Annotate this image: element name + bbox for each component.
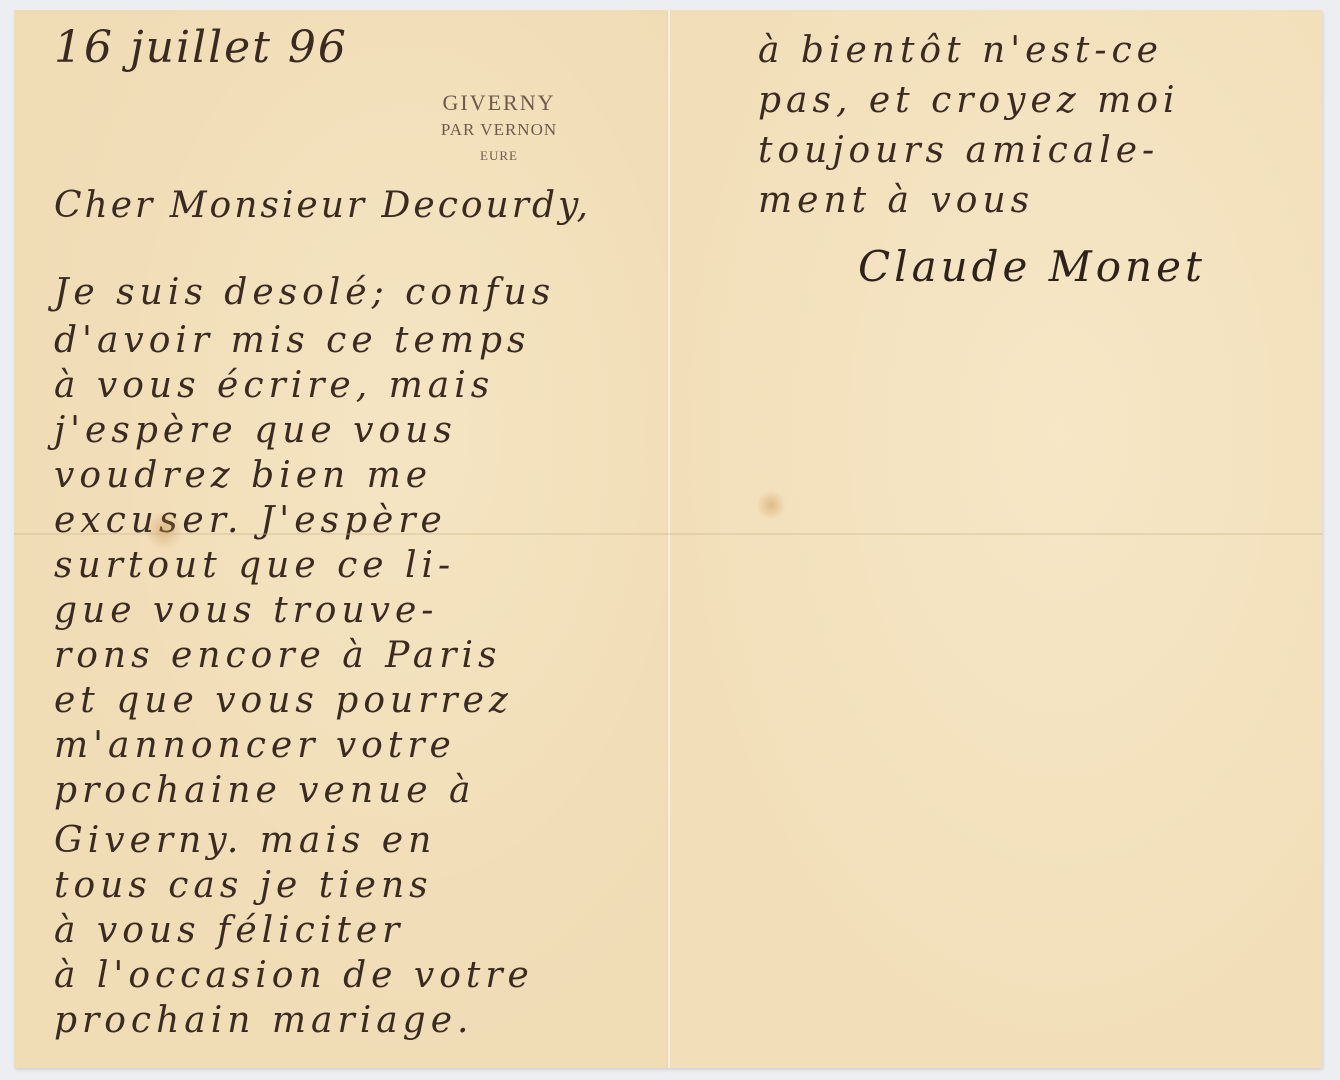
letter-line: pas, et croyez moi <box>758 80 1180 121</box>
letter-line: à vous écrire, mais <box>54 365 494 406</box>
letter-line: d'avoir mis ce temps <box>54 320 531 361</box>
letterhead-department: EURE <box>409 148 589 164</box>
letter-line: voudrez bien me <box>54 455 432 496</box>
letter-right-page: à bientôt n'est-ce pas, et croyez moi to… <box>668 10 1322 1068</box>
letter-line: et que vous pourrez <box>54 680 513 721</box>
letter-line: à vous féliciter <box>54 910 404 951</box>
letter-line: à l'occasion de votre <box>54 955 534 996</box>
letterhead: GIVERNY PAR VERNON EURE <box>409 90 589 164</box>
letter-line: Giverny. mais en <box>54 820 436 861</box>
letter-line: à bientôt n'est-ce <box>758 30 1163 71</box>
letterhead-via: PAR VERNON <box>409 120 589 140</box>
signature: Claude Monet <box>858 242 1206 291</box>
salutation: Cher Monsieur Decourdy, <box>54 185 591 226</box>
letter-line: tous cas je tiens <box>54 865 433 906</box>
letter-line: toujours amicale- <box>758 130 1159 171</box>
letter-line: m'annoncer votre <box>54 725 456 766</box>
letter-line: gue vous trouve- <box>54 590 438 631</box>
letter-line: j'espère que vous <box>54 410 457 451</box>
letter-line: Je suis desolé; confus <box>54 272 555 313</box>
horizontal-fold <box>668 533 1322 535</box>
letter-line: rons encore à Paris <box>54 635 501 676</box>
letter-left-page: 16 juillet 96 GIVERNY PAR VERNON EURE Ch… <box>14 10 668 1068</box>
letterhead-town: GIVERNY <box>409 90 589 116</box>
letter-line: prochaine venue à <box>54 770 475 811</box>
letter-line: ment à vous <box>758 180 1034 221</box>
letter-date: 16 juillet 96 <box>54 22 348 73</box>
ink-stain <box>144 510 184 550</box>
letter-line: prochain mariage. <box>54 1000 473 1041</box>
paper-stain <box>756 490 786 520</box>
letter-line: surtout que ce li- <box>54 545 455 586</box>
vertical-fold <box>668 10 670 1068</box>
horizontal-fold <box>14 533 668 535</box>
